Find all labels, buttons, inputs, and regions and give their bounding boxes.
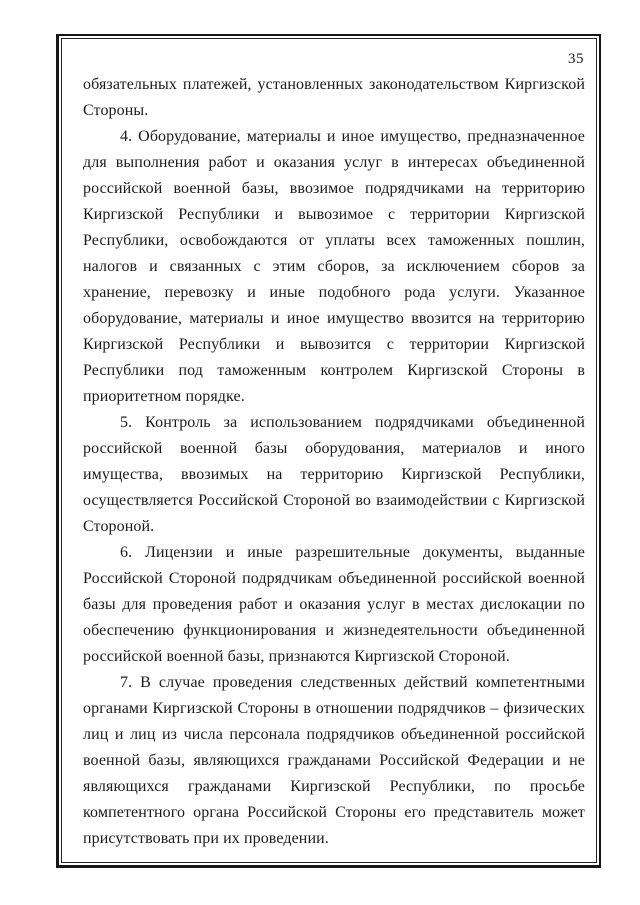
page-number: 35 xyxy=(0,51,584,68)
paragraph-item-6: 6. Лицензии и иные разрешительные докуме… xyxy=(83,540,585,670)
paragraph-continuation: обязательных платежей, установленных зак… xyxy=(83,72,585,124)
paragraph-item-7: 7. В случае проведения следственных дейс… xyxy=(83,670,585,852)
document-text: обязательных платежей, установленных зак… xyxy=(83,72,585,852)
paragraph-item-5: 5. Контроль за использованием подрядчика… xyxy=(83,410,585,540)
paragraph-item-4: 4. Оборудование, материалы и иное имущес… xyxy=(83,124,585,410)
